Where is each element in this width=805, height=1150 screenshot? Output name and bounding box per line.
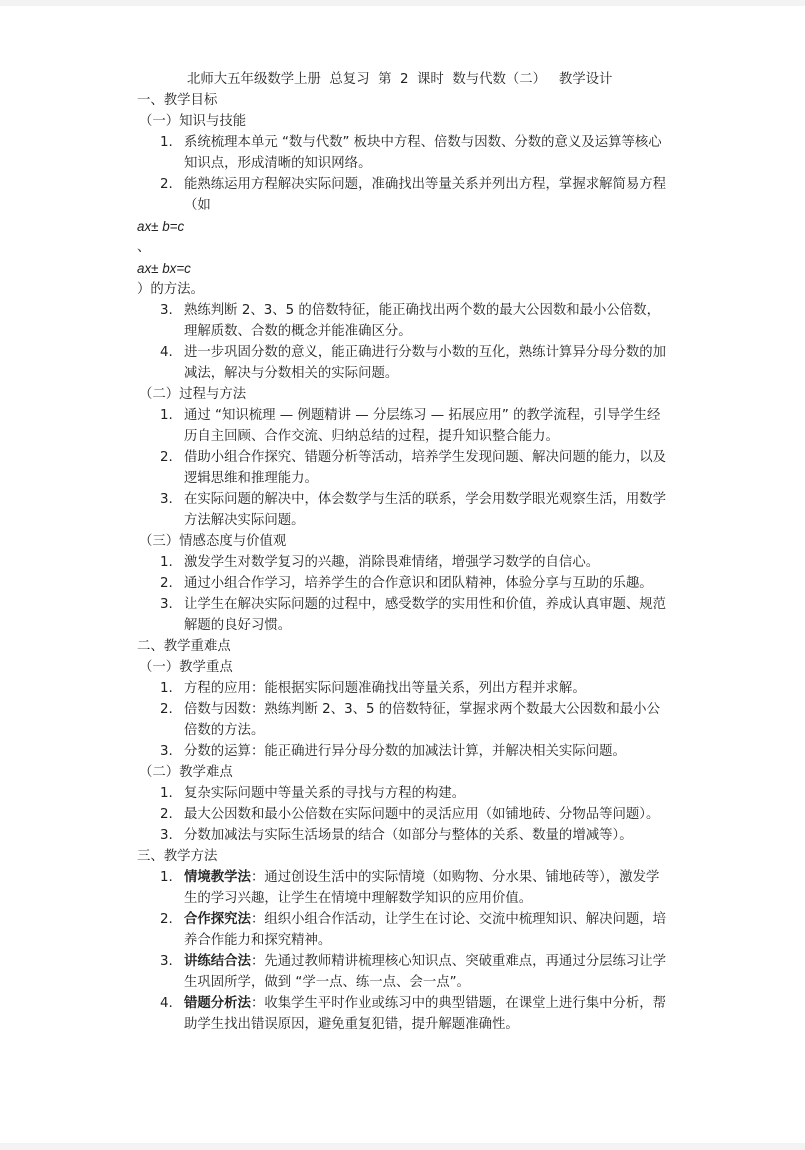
item-number: 2.: [160, 699, 173, 720]
list-item: 2.最大公因数和最小公倍数在实际问题中的灵活应用（如铺地砖、分物品等问题）。: [137, 804, 672, 825]
method-label: 合作探究法: [184, 912, 251, 927]
list-item: 3.分数的运算：能正确进行异分母分数的加减法计算，并解决相关实际问题。: [137, 741, 672, 762]
item-number: 1.: [160, 552, 173, 573]
list-item: 3.让学生在解决实际问题的过程中，感受数学的实用性和价值，养成认真审题、规范解题…: [137, 594, 672, 636]
section-heading-teaching-methods: 三、教学方法: [137, 846, 672, 867]
item-number: 2.: [160, 804, 173, 825]
item-number: 3.: [160, 489, 173, 510]
list-item: 1.方程的应用：能根据实际问题准确找出等量关系，列出方程并求解。: [137, 678, 672, 699]
list-item: 3.熟练判断 2、3、5 的倍数特征，能正确找出两个数的最大公因数和最小公倍数，…: [137, 300, 672, 342]
list-item: 3.讲练结合法：先通过教师精讲梳理核心知识点、突破重难点，再通过分层练习让学生巩…: [137, 951, 672, 993]
method-label: 情境教学法: [184, 870, 251, 885]
knowledge-skills-list-continued: 3.熟练判断 2、3、5 的倍数特征，能正确找出两个数的最大公因数和最小公倍数，…: [137, 300, 672, 384]
document-page: 北师大五年级数学上册 总复习 第 2 课时 数与代数（二） 教学设计 一、教学目…: [0, 6, 805, 1143]
item-number: 2.: [160, 447, 173, 468]
item-text: 在实际问题的解决中，体会数学与生活的联系，学会用数学眼光观察生活，用数学方法解决…: [184, 492, 666, 528]
item-text: 能熟练运用方程解决实际问题，准确找出等量关系并列出方程，掌握求解简易方程（如: [184, 177, 666, 213]
document-title: 北师大五年级数学上册 总复习 第 2 课时 数与代数（二） 教学设计: [137, 69, 672, 90]
list-item: 2.能熟练运用方程解决实际问题，准确找出等量关系并列出方程，掌握求解简易方程（如: [137, 174, 672, 216]
item-number: 3.: [160, 300, 173, 321]
key-points-list: 1.方程的应用：能根据实际问题准确找出等量关系，列出方程并求解。 2.倍数与因数…: [137, 678, 672, 762]
item-number: 1.: [160, 783, 173, 804]
item-text: 让学生在解决实际问题的过程中，感受数学的实用性和价值，养成认真审题、规范解题的良…: [184, 597, 666, 633]
item-text: 分数的运算：能正确进行异分母分数的加减法计算，并解决相关实际问题。: [184, 744, 626, 759]
knowledge-skills-list: 1.系统梳理本单元 “数与代数” 板块中方程、倍数与因数、分数的意义及运算等核心…: [137, 132, 672, 216]
method-label: 错题分析法: [184, 996, 251, 1011]
list-item: 1.系统梳理本单元 “数与代数” 板块中方程、倍数与因数、分数的意义及运算等核心…: [137, 132, 672, 174]
document-content: 北师大五年级数学上册 总复习 第 2 课时 数与代数（二） 教学设计 一、教学目…: [137, 69, 672, 1035]
equation-separator: 、: [137, 237, 672, 258]
list-item: 4.错题分析法：收集学生平时作业或练习中的典型错题，在课堂上进行集中分析，帮助学…: [137, 993, 672, 1035]
item-text: ：通过创设生活中的实际情境（如购物、分水果、铺地砖等），激发学生的学习兴趣，让学…: [184, 870, 659, 906]
list-item: 1.情境教学法：通过创设生活中的实际情境（如购物、分水果、铺地砖等），激发学生的…: [137, 867, 672, 909]
item-number: 1.: [160, 405, 173, 426]
item-number: 2.: [160, 174, 173, 195]
list-item: 2.借助小组合作探究、错题分析等活动，培养学生发现问题、解决问题的能力，以及逻辑…: [137, 447, 672, 489]
item-text: 熟练判断 2、3、5 的倍数特征，能正确找出两个数的最大公因数和最小公倍数，理解…: [184, 303, 660, 339]
item-text: 进一步巩固分数的意义，能正确进行分数与小数的互化，熟练计算异分母分数的加减法，解…: [184, 345, 666, 381]
item-number: 1.: [160, 867, 173, 888]
list-item: 2.倍数与因数：熟练判断 2、3、5 的倍数特征，掌握求两个数最大公因数和最小公…: [137, 699, 672, 741]
item-text: ：收集学生平时作业或练习中的典型错题，在课堂上进行集中分析，帮助学生找出错误原因…: [184, 996, 666, 1032]
teaching-methods-list: 1.情境教学法：通过创设生活中的实际情境（如购物、分水果、铺地砖等），激发学生的…: [137, 867, 672, 1035]
attitudes-values-list: 1.激发学生对数学复习的兴趣，消除畏难情绪，增强学习数学的自信心。 2.通过小组…: [137, 552, 672, 636]
list-item: 3.分数加减法与实际生活场景的结合（如部分与整体的关系、数量的增减等）。: [137, 825, 672, 846]
list-item: 1.通过 “知识梳理 — 例题精讲 — 分层练习 — 拓展应用” 的教学流程，引…: [137, 405, 672, 447]
item-text: 复杂实际问题中等量关系的寻找与方程的构建。: [184, 786, 465, 801]
method-label: 讲练结合法: [184, 954, 251, 969]
item-number: 2.: [160, 909, 173, 930]
item-text: ：组织小组合作活动，让学生在讨论、交流中梳理知识、解决问题，培养合作能力和探究精…: [184, 912, 666, 948]
list-item: 4.进一步巩固分数的意义，能正确进行分数与小数的互化，熟练计算异分母分数的加减法…: [137, 342, 672, 384]
list-item: 3.在实际问题的解决中，体会数学与生活的联系，学会用数学眼光观察生活，用数学方法…: [137, 489, 672, 531]
item-number: 1.: [160, 678, 173, 699]
equation-form-2: ax± bx=c: [137, 258, 672, 279]
item-text: 最大公因数和最小公倍数在实际问题中的灵活应用（如铺地砖、分物品等问题）。: [184, 807, 659, 822]
item-text: 方程的应用：能根据实际问题准确找出等量关系，列出方程并求解。: [184, 681, 586, 696]
item-text: 激发学生对数学复习的兴趣，消除畏难情绪，增强学习数学的自信心。: [184, 555, 599, 570]
subsection-heading-knowledge-skills: （一）知识与技能: [137, 111, 672, 132]
list-item: 2.合作探究法：组织小组合作活动，让学生在讨论、交流中梳理知识、解决问题，培养合…: [137, 909, 672, 951]
item-text: 分数加减法与实际生活场景的结合（如部分与整体的关系、数量的增减等）。: [184, 828, 633, 843]
list-item: 1.激发学生对数学复习的兴趣，消除畏难情绪，增强学习数学的自信心。: [137, 552, 672, 573]
item-number: 3.: [160, 594, 173, 615]
item-number: 1.: [160, 132, 173, 153]
list-item: 2.通过小组合作学习，培养学生的合作意识和团队精神，体验分享与互助的乐趣。: [137, 573, 672, 594]
equation-form-1: ax± b=c: [137, 216, 672, 237]
item-text: 借助小组合作探究、错题分析等活动，培养学生发现问题、解决问题的能力，以及逻辑思维…: [184, 450, 666, 486]
item-text: 通过 “知识梳理 — 例题精讲 — 分层练习 — 拓展应用” 的教学流程，引导学…: [184, 408, 660, 444]
section-heading-teaching-goals: 一、教学目标: [137, 90, 672, 111]
item-number: 3.: [160, 951, 173, 972]
subsection-heading-process-methods: （二）过程与方法: [137, 384, 672, 405]
section-heading-key-difficult-points: 二、教学重难点: [137, 636, 672, 657]
item-number: 4.: [160, 342, 173, 363]
list-item: 1.复杂实际问题中等量关系的寻找与方程的构建。: [137, 783, 672, 804]
item-text: 倍数与因数：熟练判断 2、3、5 的倍数特征，掌握求两个数最大公因数和最小公倍数…: [184, 702, 660, 738]
subsection-heading-key-points: （一）教学重点: [137, 657, 672, 678]
difficult-points-list: 1.复杂实际问题中等量关系的寻找与方程的构建。 2.最大公因数和最小公倍数在实际…: [137, 783, 672, 846]
item-number: 3.: [160, 741, 173, 762]
process-methods-list: 1.通过 “知识梳理 — 例题精讲 — 分层练习 — 拓展应用” 的教学流程，引…: [137, 405, 672, 531]
item-number: 2.: [160, 573, 173, 594]
item-text: ：先通过教师精讲梳理核心知识点、突破重难点，再通过分层练习让学生巩固所学，做到 …: [184, 954, 666, 990]
item-number: 3.: [160, 825, 173, 846]
item-text: 通过小组合作学习，培养学生的合作意识和团队精神，体验分享与互助的乐趣。: [184, 576, 653, 591]
item-text: 系统梳理本单元 “数与代数” 板块中方程、倍数与因数、分数的意义及运算等核心知识…: [184, 135, 662, 171]
equation-tail-text: ）的方法。: [137, 279, 672, 300]
item-number: 4.: [160, 993, 173, 1014]
subsection-heading-attitudes-values: （三）情感态度与价值观: [137, 531, 672, 552]
subsection-heading-difficult-points: （二）教学难点: [137, 762, 672, 783]
